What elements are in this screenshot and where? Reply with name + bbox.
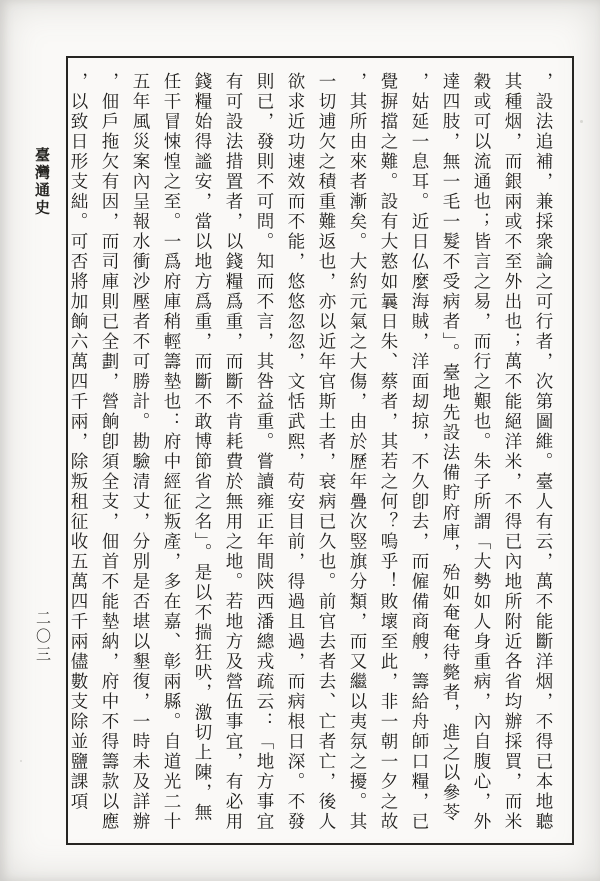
text-frame: ，設法追補，兼採衆論之可行者，次第圖維。臺人有云，萬不能斷洋烟，不得已本地聽 其… bbox=[66, 56, 574, 845]
text-column: ，姑延一息耳。近日仏麼海賊，洋面刼掠，不久卽去，而僱備商艘，籌給舟師口糧，已 bbox=[404, 72, 435, 836]
text-column: 欲求近功速效而不能，悠悠忽忽，文恬武熙，苟安目前，得過且過，而病根日深。不發 bbox=[280, 72, 311, 836]
text-column: 一切逋欠之積重難返也，亦以近年官斯土者，衰病已久也。前官去者去、亡者亡，後人 bbox=[311, 72, 342, 836]
text-column: 錢糧始得謐安，當以地方爲重，而斷不敢博節省之名」。是以不揣狂吠，激切上陳，無 bbox=[187, 72, 218, 836]
scan-speck bbox=[20, 760, 22, 762]
text-column: ，設法追補，兼採衆論之可行者，次第圖維。臺人有云，萬不能斷洋烟，不得已本地聽 bbox=[528, 72, 559, 836]
scan-speck bbox=[580, 120, 583, 123]
text-column: 覺摒擋之難。設有大憝如曩日朱、蔡者，其若之何？嗚乎！敗壞至此，非一朝一夕之故 bbox=[373, 72, 404, 836]
text-column: 則已，發則不可問。知而不言，其咎益重。嘗讀雍正年間陝西潘總戎疏云：「地方事宜 bbox=[249, 72, 280, 836]
book-title: 臺灣通史 bbox=[31, 147, 52, 217]
text-column: ，以致日形支絀。可否將加餉六萬四千兩，除叛租征收五萬四千兩儘數支除並鹽課項 bbox=[63, 72, 94, 836]
text-column: 五年風災案內呈報水衝沙壓者不可勝計。勘驗清丈，分別是否堪以墾復，一時未及詳辦 bbox=[125, 72, 156, 836]
text-block: ，設法追補，兼採衆論之可行者，次第圖維。臺人有云，萬不能斷洋烟，不得已本地聽 其… bbox=[62, 72, 559, 836]
text-column: ，佃戶拖欠有因，而司庫則已全劃，營餉卽須全支，佃首不能墊納，府中不得籌款以應 bbox=[94, 72, 125, 836]
text-column: 任干冒悚惶之至。一爲府庫稍輕籌墊也：府中經征叛產，多在嘉、彰兩縣。自道光二十 bbox=[156, 72, 187, 836]
page-number: 二〇三 bbox=[32, 610, 53, 664]
text-column: 其種烟，而銀兩或不至外出也；萬不能絕洋米，不得已內地所附近各省均辦採買，而米 bbox=[497, 72, 528, 836]
text-column: 有可設法措置者，以錢糧爲重，而斷不肯耗費於無用之地。若地方及營伍事宜，有必用 bbox=[218, 72, 249, 836]
text-column: 達四肢，無一毛一髮不受病者」。臺地先設法備貯府庫，殆如奄奄待斃者，進之以參苓 bbox=[435, 72, 466, 836]
text-column: 穀或可以流通也；皆言之易，而行之艱也。朱子所謂「大勢如人身重病，內自腹心，外 bbox=[466, 72, 497, 836]
text-column: ，其所由來者漸矣。大約元氣之大傷，由於歷年疊次竪旗分類，而又繼以夷氛之擾。其 bbox=[342, 72, 373, 836]
scanned-book-page: 臺灣通史 二〇三 ，設法追補，兼採衆論之可行者，次第圖維。臺人有云，萬不能斷洋烟… bbox=[0, 0, 600, 881]
